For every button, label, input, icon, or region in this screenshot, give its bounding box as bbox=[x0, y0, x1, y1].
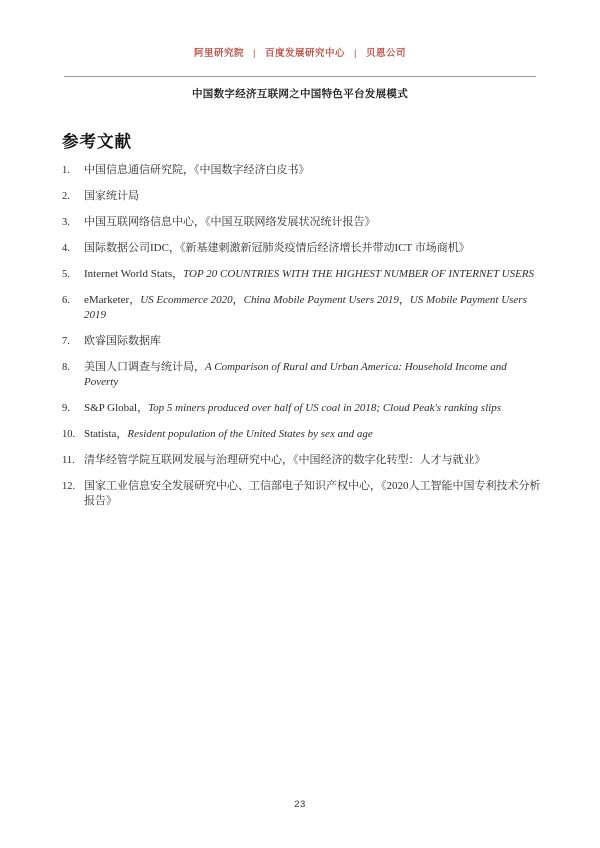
reference-item: 10.Statista，Resident population of the U… bbox=[62, 427, 542, 442]
reference-number: 8. bbox=[62, 360, 84, 375]
reference-text: 欧睿国际数据库 bbox=[84, 334, 542, 349]
reference-item: 3.中国互联网络信息中心，《中国互联网络发展状况统计报告》 bbox=[62, 215, 542, 230]
reference-item: 4.国际数据公司IDC，《新基建刺激新冠肺炎疫情后经济增长并带动ICT 市场商机… bbox=[62, 241, 542, 256]
reference-number: 11. bbox=[62, 453, 84, 468]
reference-list: 1.中国信息通信研究院，《中国数字经济白皮书》2.国家统计局3.中国互联网络信息… bbox=[62, 163, 542, 520]
header-divider bbox=[64, 76, 536, 77]
reference-text: 中国互联网络信息中心，《中国互联网络发展状况统计报告》 bbox=[84, 215, 542, 230]
reference-text: 中国信息通信研究院，《中国数字经济白皮书》 bbox=[84, 163, 542, 178]
reference-text: Statista，Resident population of the Unit… bbox=[84, 427, 542, 442]
reference-number: 6. bbox=[62, 293, 84, 308]
reference-text: 国际数据公司IDC，《新基建刺激新冠肺炎疫情后经济增长并带动ICT 市场商机》 bbox=[84, 241, 542, 256]
reference-number: 5. bbox=[62, 267, 84, 282]
reference-text: 国家工业信息安全发展研究中心、工信部电子知识产权中心，《2020人工智能中国专利… bbox=[84, 479, 542, 509]
reference-number: 7. bbox=[62, 334, 84, 349]
reference-text: 美国人口调查与统计局，A Comparison of Rural and Urb… bbox=[84, 360, 542, 390]
reference-item: 7.欧睿国际数据库 bbox=[62, 334, 542, 349]
reference-text: 国家统计局 bbox=[84, 189, 542, 204]
page-number: 23 bbox=[0, 799, 600, 810]
header-organizations: 阿里研究院|百度发展研究中心|贝恩公司 bbox=[0, 45, 600, 59]
reference-number: 12. bbox=[62, 479, 84, 494]
header-org-baidu: 百度发展研究中心 bbox=[265, 48, 345, 59]
section-title: 参考文献 bbox=[62, 128, 132, 152]
running-title: 中国数字经济互联网之中国特色平台发展模式 bbox=[0, 86, 600, 101]
reference-item: 9.S&P Global，Top 5 miners produced over … bbox=[62, 401, 542, 416]
reference-number: 3. bbox=[62, 215, 84, 230]
reference-number: 4. bbox=[62, 241, 84, 256]
reference-text: S&P Global，Top 5 miners produced over ha… bbox=[84, 401, 542, 416]
reference-item: 12.国家工业信息安全发展研究中心、工信部电子知识产权中心，《2020人工智能中… bbox=[62, 479, 542, 509]
document-page: 阿里研究院|百度发展研究中心|贝恩公司 中国数字经济互联网之中国特色平台发展模式… bbox=[0, 0, 600, 848]
reference-number: 2. bbox=[62, 189, 84, 204]
header-org-bain: 贝恩公司 bbox=[366, 48, 406, 59]
reference-text: 清华经管学院互联网发展与治理研究中心，《中国经济的数字化转型：人才与就业》 bbox=[84, 453, 542, 468]
header-separator: | bbox=[354, 48, 357, 59]
reference-number: 9. bbox=[62, 401, 84, 416]
reference-item: 6.eMarketer，US Ecommerce 2020，China Mobi… bbox=[62, 293, 542, 323]
reference-item: 5.Internet World Stats，TOP 20 COUNTRIES … bbox=[62, 267, 542, 282]
reference-text: Internet World Stats，TOP 20 COUNTRIES WI… bbox=[84, 267, 542, 282]
reference-item: 11.清华经管学院互联网发展与治理研究中心，《中国经济的数字化转型：人才与就业》 bbox=[62, 453, 542, 468]
reference-item: 8.美国人口调查与统计局，A Comparison of Rural and U… bbox=[62, 360, 542, 390]
reference-item: 2.国家统计局 bbox=[62, 189, 542, 204]
reference-text: eMarketer，US Ecommerce 2020，China Mobile… bbox=[84, 293, 542, 323]
reference-number: 10. bbox=[62, 427, 84, 442]
header-separator: | bbox=[253, 48, 256, 59]
header-org-alibaba: 阿里研究院 bbox=[194, 48, 244, 59]
reference-item: 1.中国信息通信研究院，《中国数字经济白皮书》 bbox=[62, 163, 542, 178]
reference-number: 1. bbox=[62, 163, 84, 178]
